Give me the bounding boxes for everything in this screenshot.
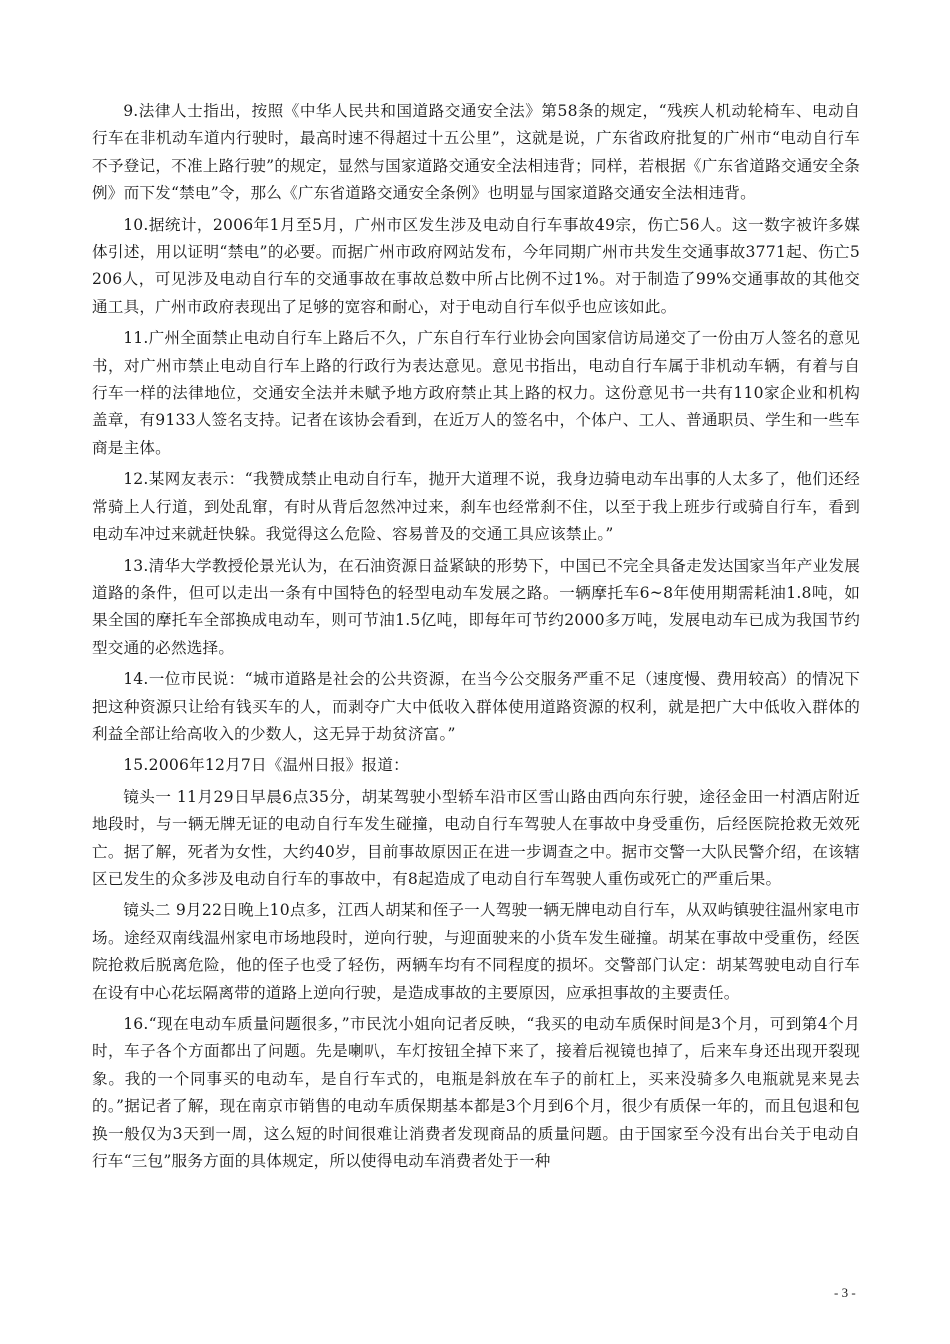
paragraph-scene-one: 镜头一 11月29日早晨6点35分，胡某驾驶小型轿车沿市区雪山路由西向东行驶，途…	[92, 784, 860, 894]
paragraph-15-heading: 15.2006年12月7日《温州日报》报道：	[92, 752, 860, 779]
paragraph-10: 10.据统计，2006年1月至5月，广州市区发生涉及电动自行车事故49宗，伤亡5…	[92, 212, 860, 322]
paragraph-13: 13.清华大学教授伦景光认为，在石油资源日益紧缺的形势下，中国已不完全具备走发达…	[92, 553, 860, 663]
paragraph-scene-two: 镜头二 9月22日晚上10点多，江西人胡某和侄子一人驾驶一辆无牌电动自行车，从双…	[92, 897, 860, 1007]
paragraph-11: 11.广州全面禁止电动自行车上路后不久，广东自行车行业协会向国家信访局递交了一份…	[92, 325, 860, 462]
paragraph-12: 12.某网友表示：“我赞成禁止电动自行车，抛开大道理不说，我身边骑电动车出事的人…	[92, 466, 860, 548]
page-number: - 3 -	[834, 1285, 856, 1301]
paragraph-9: 9.法律人士指出，按照《中华人民共和国道路交通安全法》第58条的规定，“残疾人机…	[92, 98, 860, 208]
paragraph-16: 16.“现在电动车质量问题很多，”市民沈小姐向记者反映，“我买的电动车质保时间是…	[92, 1011, 860, 1175]
paragraph-14: 14.一位市民说：“城市道路是社会的公共资源，在当今公交服务严重不足（速度慢、费…	[92, 666, 860, 748]
document-page: 9.法律人士指出，按照《中华人民共和国道路交通安全法》第58条的规定，“残疾人机…	[92, 98, 860, 1179]
